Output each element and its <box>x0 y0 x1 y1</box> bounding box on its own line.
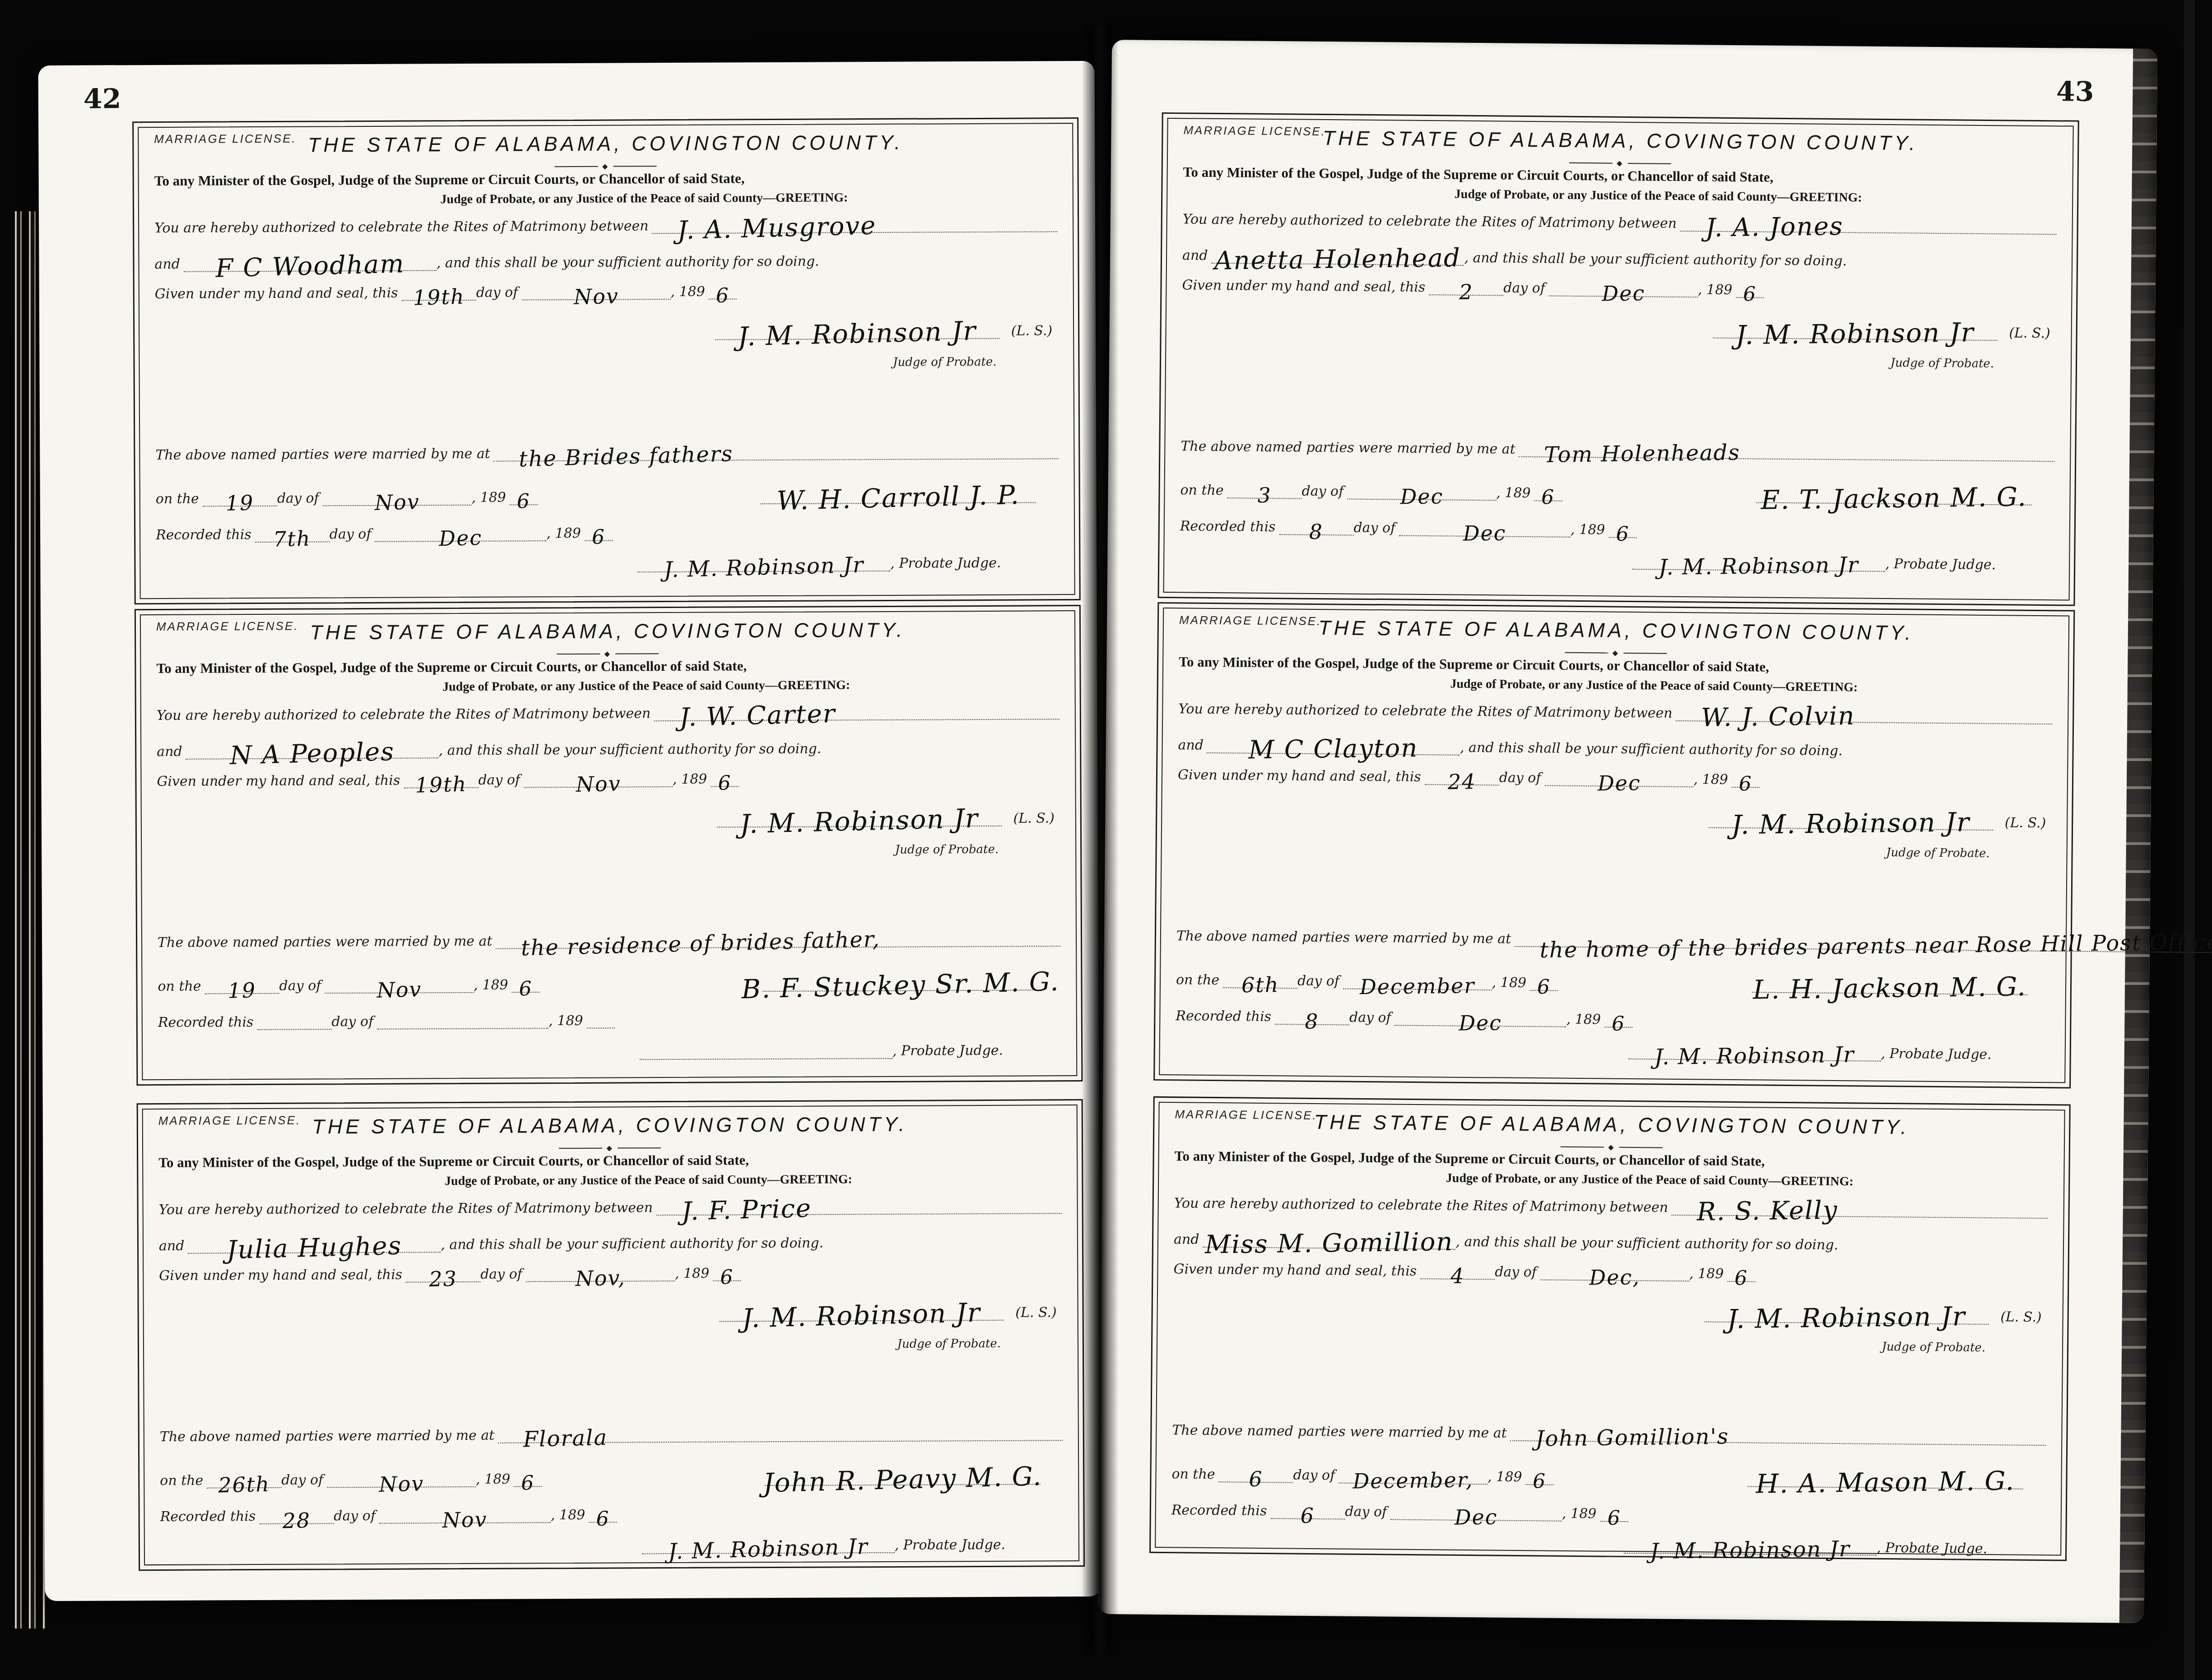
marriage-license-form-inner: MARRIAGE LICENSE. THE STATE OF ALABAMA, … <box>140 610 1077 1080</box>
judge-signature-field: J. M. Robinson Jr <box>717 807 1001 827</box>
probate-judge-printed-text: , Probate Judge. <box>895 1537 1009 1553</box>
judge-signature-handwritten: J. M. Robinson Jr <box>1731 813 1970 834</box>
probate-judge-printed-text: , Probate Judge. <box>1885 557 1999 573</box>
seal-printed-text: (L. S.) <box>1015 1305 1060 1321</box>
probate-signature-field <box>640 1058 892 1060</box>
probate-judge-printed-text: , Probate Judge. <box>890 556 1004 571</box>
page-rough-edge <box>2119 49 2157 1623</box>
book-gutter-shadow <box>1082 25 1119 1655</box>
probate-signature-handwritten: J. M. Robinson Jr <box>1654 1048 1855 1065</box>
marriage-license-form: MARRIAGE LICENSE. THE STATE OF ALABAMA, … <box>135 605 1083 1086</box>
probate-judge-printed-text: , Probate Judge. <box>1877 1541 1991 1557</box>
judge-of-probate-label: Judge of Probate. <box>897 1337 1001 1351</box>
marriage-license-form: MARRIAGE LICENSE. THE STATE OF ALABAMA, … <box>1157 112 2079 606</box>
judge-of-probate-label: Judge of Probate. <box>893 355 997 369</box>
form-header: THE STATE OF ALABAMA, COVINGTON COUNTY. <box>1164 615 2068 646</box>
judge-signature-row: J. M. Robinson Jr (L. S.) <box>1177 778 2052 831</box>
married-place-field: the Brides fathers <box>494 443 1059 462</box>
page-43: 43 MARRIAGE LICENSE. THE STATE OF ALABAM… <box>1098 40 2157 1623</box>
probate-judge-row: J. M. Robinson Jr , Probate Judge. <box>156 527 1059 575</box>
married-printed-text: The above named parties were married by … <box>1176 929 1515 947</box>
ornament-diamond-icon: ◆ <box>604 650 611 659</box>
probate-signature-field: J. M. Robinson Jr <box>1628 1043 1881 1061</box>
judge-of-probate-label: Judge of Probate. <box>895 843 999 857</box>
scan-artifact-blob <box>967 1628 1018 1669</box>
probate-signature-field: J. M. Robinson Jr <box>1632 553 1885 571</box>
judge-signature-field: J. M. Robinson Jr <box>719 1301 1004 1322</box>
judge-signature-row: J. M. Robinson Jr (L. S.) <box>1173 1272 2048 1325</box>
married-at-row: The above named parties were married by … <box>155 416 1058 463</box>
marriage-license-form-inner: MARRIAGE LICENSE. THE STATE OF ALABAMA, … <box>138 123 1075 599</box>
ornament-diamond-icon: ◆ <box>602 162 609 171</box>
marriage-license-form: MARRIAGE LICENSE. THE STATE OF ALABAMA, … <box>137 1099 1085 1571</box>
scan-right-strip <box>2184 0 2195 1680</box>
judge-of-probate-label: Judge of Probate. <box>1886 846 1990 860</box>
page-42: 42 MARRIAGE LICENSE. THE STATE OF ALABAM… <box>38 61 1101 1601</box>
addressee-line: To any Minister of the Gospel, Judge of … <box>156 658 747 677</box>
probate-judge-row: , Probate Judge. <box>158 1015 1061 1062</box>
ornament-diamond-icon: ◆ <box>1608 1143 1615 1152</box>
form-header: THE STATE OF ALABAMA, COVINGTON COUNTY. <box>139 130 1072 158</box>
seal-printed-text: (L. S.) <box>1013 811 1058 826</box>
married-at-row: The above named parties were married by … <box>1176 900 2051 951</box>
probate-signature-handwritten: J. M. Robinson Jr <box>1659 558 1859 575</box>
page-number-43: 43 <box>2056 76 2094 108</box>
ornament-diamond-icon: ◆ <box>606 1144 613 1153</box>
ornament-diamond-icon: ◆ <box>1617 159 1623 168</box>
judge-signature-handwritten: J. M. Robinson Jr <box>738 322 977 346</box>
judge-signature-handwritten: J. M. Robinson Jr <box>1727 1307 1966 1328</box>
seal-printed-text: (L. S.) <box>2009 326 2054 341</box>
probate-signature-handwritten: J. M. Robinson Jr <box>1650 1542 1850 1559</box>
marriage-license-form-inner: MARRIAGE LICENSE. THE STATE OF ALABAMA, … <box>142 1105 1079 1565</box>
probate-signature-field: J. M. Robinson Jr <box>637 555 890 572</box>
probate-judge-printed-text: , Probate Judge. <box>1881 1046 1995 1063</box>
judge-signature-field: J. M. Robinson Jr <box>1713 319 1997 341</box>
judge-signature-row: J. M. Robinson Jr (L. S.) <box>159 1275 1062 1324</box>
judge-signature-row: J. M. Robinson Jr (L. S.) <box>155 293 1058 343</box>
married-place-field: the residence of brides father, <box>496 931 1060 949</box>
judge-signature-field: J. M. Robinson Jr <box>1704 1303 1989 1325</box>
probate-signature-handwritten: J. M. Robinson Jr <box>668 1540 869 1560</box>
form-header: THE STATE OF ALABAMA, COVINGTON COUNTY. <box>141 617 1074 645</box>
judge-of-probate-label: Judge of Probate. <box>1890 356 1994 371</box>
probate-judge-row: J. M. Robinson Jr , Probate Judge. <box>1180 522 2054 573</box>
judge-signature-field: J. M. Robinson Jr <box>715 320 999 340</box>
marriage-license-form-inner: MARRIAGE LICENSE. THE STATE OF ALABAMA, … <box>1155 1102 2065 1555</box>
seal-printed-text: (L. S.) <box>2000 1310 2045 1325</box>
married-printed-text: The above named parties were married by … <box>155 446 494 463</box>
form-header: THE STATE OF ALABAMA, COVINGTON COUNTY. <box>1168 125 2073 156</box>
license-forms-left: MARRIAGE LICENSE. THE STATE OF ALABAMA, … <box>38 61 1095 65</box>
seal-printed-text: (L. S.) <box>1011 324 1056 339</box>
marriage-license-form-inner: MARRIAGE LICENSE. THE STATE OF ALABAMA, … <box>1159 608 2069 1083</box>
marriage-license-form-inner: MARRIAGE LICENSE. THE STATE OF ALABAMA, … <box>1163 118 2074 600</box>
judge-of-probate-label: Judge of Probate. <box>1882 1340 1985 1355</box>
probate-judge-printed-text: , Probate Judge. <box>892 1043 1007 1059</box>
married-at-row: The above named parties were married by … <box>158 903 1060 951</box>
judge-signature-handwritten: J. M. Robinson Jr <box>742 1304 981 1328</box>
married-at-row: The above named parties were married by … <box>1180 411 2055 462</box>
married-printed-text: The above named parties were married by … <box>1172 1423 1510 1441</box>
married-at-row: The above named parties were married by … <box>160 1397 1063 1445</box>
married-printed-text: The above named parties were married by … <box>1180 439 1519 457</box>
probate-judge-row: J. M. Robinson Jr , Probate Judge. <box>1171 1506 2045 1557</box>
married-place-field: Florala <box>498 1425 1063 1443</box>
judge-signature-handwritten: J. M. Robinson Jr <box>1736 324 1975 345</box>
married-printed-text: The above named parties were married by … <box>158 934 496 951</box>
addressee-line: To any Minister of the Gospel, Judge of … <box>154 170 745 189</box>
judge-signature-row: J. M. Robinson Jr (L. S.) <box>157 781 1060 830</box>
judge-signature-field: J. M. Robinson Jr <box>1709 809 1993 831</box>
probate-judge-row: J. M. Robinson Jr , Probate Judge. <box>1176 1012 2050 1063</box>
register-book-scan: 42 MARRIAGE LICENSE. THE STATE OF ALABAM… <box>0 0 2212 1680</box>
seal-printed-text: (L. S.) <box>2005 816 2050 831</box>
probate-signature-field: J. M. Robinson Jr <box>1624 1537 1877 1555</box>
license-forms-right: MARRIAGE LICENSE. THE STATE OF ALABAMA, … <box>1112 40 2157 49</box>
addressee-line: To any Minister of the Gospel, Judge of … <box>158 1152 749 1171</box>
married-at-row: The above named parties were married by … <box>1172 1395 2046 1446</box>
probate-signature-field: J. M. Robinson Jr <box>642 1537 895 1554</box>
page-number-42: 42 <box>84 83 121 115</box>
form-header: THE STATE OF ALABAMA, COVINGTON COUNTY. <box>1159 1109 2064 1140</box>
form-header: THE STATE OF ALABAMA, COVINGTON COUNTY. <box>143 1112 1077 1139</box>
marriage-license-form: MARRIAGE LICENSE. THE STATE OF ALABAMA, … <box>1153 602 2075 1089</box>
marriage-license-form: MARRIAGE LICENSE. THE STATE OF ALABAMA, … <box>1149 1096 2071 1561</box>
ornament-diamond-icon: ◆ <box>1613 649 1619 658</box>
judge-signature-handwritten: J. M. Robinson Jr <box>740 809 979 834</box>
probate-judge-row: J. M. Robinson Jr , Probate Judge. <box>160 1509 1063 1556</box>
marriage-license-form: MARRIAGE LICENSE. THE STATE OF ALABAMA, … <box>132 117 1081 604</box>
probate-signature-handwritten: J. M. Robinson Jr <box>664 558 864 578</box>
married-printed-text: The above named parties were married by … <box>160 1428 498 1445</box>
judge-signature-row: J. M. Robinson Jr (L. S.) <box>1182 288 2056 341</box>
